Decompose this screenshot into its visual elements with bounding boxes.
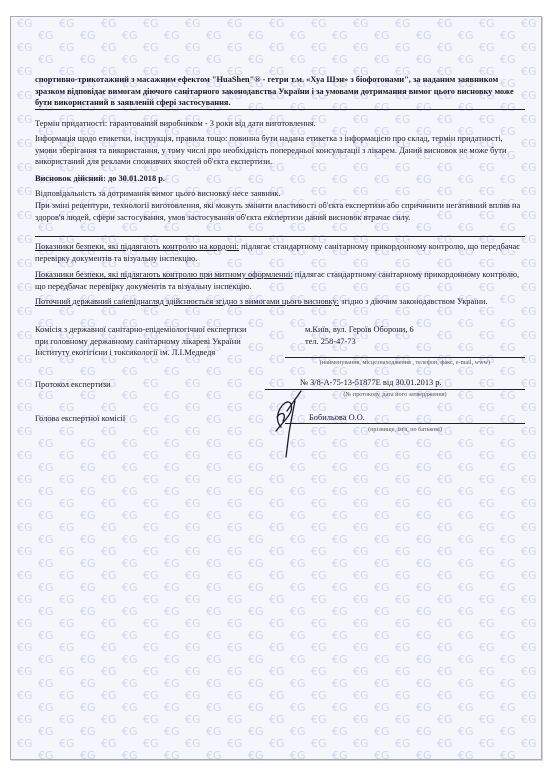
svg-text:€G: €G bbox=[353, 665, 369, 678]
svg-text:€G: €G bbox=[143, 545, 159, 558]
svg-text:€G: €G bbox=[17, 569, 33, 582]
protocol-value: № 3/8-А-75-13-51877Е від 30.01.2013 р. bbox=[300, 377, 525, 389]
svg-text:€G: €G bbox=[38, 509, 54, 522]
commission-name: Комісія з державної санітарно-епідеміоло… bbox=[35, 324, 295, 359]
svg-text:€G: €G bbox=[416, 557, 432, 570]
svg-text:€G: €G bbox=[122, 29, 138, 42]
svg-text:€G: €G bbox=[38, 629, 54, 642]
svg-text:€G: €G bbox=[80, 749, 96, 759]
svg-text:€G: €G bbox=[437, 737, 453, 750]
svg-text:€G: €G bbox=[101, 521, 117, 534]
svg-text:€G: €G bbox=[290, 653, 306, 666]
commission-line-3: Інституту екогігієни і токсикології ім. … bbox=[35, 347, 295, 359]
svg-text:€G: €G bbox=[38, 701, 54, 714]
svg-text:€G: €G bbox=[374, 677, 390, 690]
svg-text:€G: €G bbox=[17, 305, 33, 318]
svg-text:€G: €G bbox=[11, 605, 12, 618]
svg-text:€G: €G bbox=[38, 749, 54, 759]
svg-text:€G: €G bbox=[11, 269, 12, 282]
validity-text: Висновок дійсний: до 30.01.2018 р. bbox=[35, 173, 525, 185]
svg-text:€G: €G bbox=[164, 653, 180, 666]
svg-text:€G: €G bbox=[164, 677, 180, 690]
svg-text:€G: €G bbox=[311, 449, 327, 462]
label-info-text: Інформація щодо етикетки, інструкція, пр… bbox=[35, 133, 525, 168]
svg-text:€G: €G bbox=[17, 377, 33, 390]
svg-text:€G: €G bbox=[164, 557, 180, 570]
chair-underline bbox=[285, 423, 525, 424]
svg-text:€G: €G bbox=[164, 437, 180, 450]
svg-text:€G: €G bbox=[227, 449, 243, 462]
svg-text:€G: €G bbox=[416, 605, 432, 618]
svg-text:€G: €G bbox=[206, 605, 222, 618]
svg-text:€G: €G bbox=[185, 641, 201, 654]
border-control-label: Показники безпеки, які підлягають контро… bbox=[35, 242, 239, 251]
svg-text:€G: €G bbox=[353, 593, 369, 606]
svg-text:€G: €G bbox=[227, 593, 243, 606]
svg-text:€G: €G bbox=[269, 665, 285, 678]
svg-text:€G: €G bbox=[437, 689, 453, 702]
commission-address: м.Київ, вул. Героїв Оборони, 6 bbox=[305, 324, 525, 336]
svg-text:€G: €G bbox=[311, 689, 327, 702]
svg-text:€G: €G bbox=[458, 653, 474, 666]
svg-text:€G: €G bbox=[143, 593, 159, 606]
svg-text:€G: €G bbox=[227, 377, 243, 390]
svg-text:€G: €G bbox=[227, 401, 243, 414]
svg-text:€G: €G bbox=[143, 689, 159, 702]
svg-text:€G: €G bbox=[479, 569, 495, 582]
svg-text:€G: €G bbox=[143, 473, 159, 486]
svg-text:€G: €G bbox=[458, 677, 474, 690]
svg-text:€G: €G bbox=[290, 581, 306, 594]
svg-text:€G: €G bbox=[206, 629, 222, 642]
svg-text:€G: €G bbox=[458, 605, 474, 618]
svg-text:€G: €G bbox=[227, 641, 243, 654]
svg-text:€G: €G bbox=[416, 461, 432, 474]
chair-label: Голова експертної комісії bbox=[35, 413, 125, 425]
svg-text:€G: €G bbox=[17, 353, 33, 366]
svg-text:€G: €G bbox=[206, 533, 222, 546]
svg-text:€G: €G bbox=[80, 389, 96, 402]
svg-text:€G: €G bbox=[521, 521, 537, 534]
svg-text:€G: €G bbox=[143, 641, 159, 654]
svg-text:€G: €G bbox=[11, 557, 12, 570]
svg-text:€G: €G bbox=[227, 545, 243, 558]
svg-text:€G: €G bbox=[206, 701, 222, 714]
svg-text:€G: €G bbox=[521, 449, 537, 462]
svg-text:€G: €G bbox=[164, 29, 180, 42]
svg-text:€G: €G bbox=[101, 449, 117, 462]
svg-text:€G: €G bbox=[11, 53, 12, 66]
svg-text:€G: €G bbox=[290, 29, 306, 42]
svg-text:€G: €G bbox=[59, 449, 75, 462]
svg-text:€G: €G bbox=[101, 569, 117, 582]
svg-text:€G: €G bbox=[416, 509, 432, 522]
svg-text:€G: €G bbox=[416, 53, 432, 66]
svg-text:€G: €G bbox=[248, 437, 264, 450]
svg-text:€G: €G bbox=[458, 629, 474, 642]
svg-text:€G: €G bbox=[206, 29, 222, 42]
svg-text:€G: €G bbox=[290, 605, 306, 618]
svg-text:€G: €G bbox=[11, 581, 12, 594]
svg-text:€G: €G bbox=[374, 53, 390, 66]
svg-text:€G: €G bbox=[101, 473, 117, 486]
svg-text:€G: €G bbox=[521, 737, 537, 750]
svg-text:€G: €G bbox=[311, 713, 327, 726]
svg-text:€G: €G bbox=[353, 713, 369, 726]
svg-text:€G: €G bbox=[80, 29, 96, 42]
svg-text:€G: €G bbox=[122, 533, 138, 546]
divider-2 bbox=[35, 236, 525, 237]
svg-text:€G: €G bbox=[521, 689, 537, 702]
svg-text:€G: €G bbox=[395, 617, 411, 630]
svg-text:€G: €G bbox=[437, 449, 453, 462]
svg-text:€G: €G bbox=[374, 29, 390, 42]
svg-text:€G: €G bbox=[164, 365, 180, 378]
svg-text:€G: €G bbox=[269, 473, 285, 486]
svg-text:€G: €G bbox=[206, 389, 222, 402]
intro-text: спортивно-трикотажний з масажним ефектом… bbox=[35, 74, 525, 109]
svg-text:€G: €G bbox=[479, 497, 495, 510]
svg-text:€G: €G bbox=[311, 473, 327, 486]
svg-text:€G: €G bbox=[122, 437, 138, 450]
svg-text:€G: €G bbox=[59, 425, 75, 438]
svg-text:€G: €G bbox=[500, 653, 516, 666]
svg-text:€G: €G bbox=[227, 41, 243, 54]
svg-text:€G: €G bbox=[122, 509, 138, 522]
svg-text:€G: €G bbox=[143, 521, 159, 534]
svg-text:€G: €G bbox=[311, 41, 327, 54]
svg-text:€G: €G bbox=[290, 701, 306, 714]
svg-text:€G: €G bbox=[38, 365, 54, 378]
svg-text:€G: €G bbox=[500, 533, 516, 546]
svg-text:€G: €G bbox=[17, 497, 33, 510]
svg-text:€G: €G bbox=[458, 485, 474, 498]
svg-text:€G: €G bbox=[11, 389, 12, 402]
svg-text:€G: €G bbox=[185, 521, 201, 534]
svg-text:€G: €G bbox=[479, 617, 495, 630]
svg-text:€G: €G bbox=[437, 545, 453, 558]
svg-text:€G: €G bbox=[521, 593, 537, 606]
svg-text:€G: €G bbox=[416, 677, 432, 690]
svg-text:€G: €G bbox=[101, 713, 117, 726]
svg-text:€G: €G bbox=[11, 197, 12, 210]
svg-text:€G: €G bbox=[500, 53, 516, 66]
customs-control-label: Показники безпеки, які підлягають контро… bbox=[35, 270, 293, 279]
signature bbox=[267, 387, 307, 459]
svg-text:€G: €G bbox=[185, 689, 201, 702]
svg-text:€G: €G bbox=[458, 581, 474, 594]
svg-text:€G: €G bbox=[500, 485, 516, 498]
svg-text:€G: €G bbox=[164, 53, 180, 66]
svg-text:€G: €G bbox=[269, 497, 285, 510]
svg-text:€G: €G bbox=[164, 485, 180, 498]
svg-text:€G: €G bbox=[458, 53, 474, 66]
svg-text:€G: €G bbox=[227, 713, 243, 726]
commission-line-2: при головному державному санітарному лік… bbox=[35, 336, 295, 348]
svg-text:€G: €G bbox=[500, 509, 516, 522]
svg-text:€G: €G bbox=[416, 725, 432, 738]
svg-text:€G: €G bbox=[164, 749, 180, 759]
svg-text:€G: €G bbox=[80, 53, 96, 66]
svg-text:€G: €G bbox=[500, 677, 516, 690]
svg-text:€G: €G bbox=[17, 665, 33, 678]
svg-text:€G: €G bbox=[11, 341, 12, 354]
svg-text:€G: €G bbox=[416, 629, 432, 642]
svg-text:€G: €G bbox=[80, 365, 96, 378]
svg-text:€G: €G bbox=[395, 665, 411, 678]
svg-text:€G: €G bbox=[185, 473, 201, 486]
svg-text:€G: €G bbox=[164, 533, 180, 546]
svg-text:€G: €G bbox=[59, 617, 75, 630]
svg-text:€G: €G bbox=[11, 485, 12, 498]
svg-text:€G: €G bbox=[59, 521, 75, 534]
svg-text:€G: €G bbox=[332, 29, 348, 42]
svg-text:€G: €G bbox=[395, 41, 411, 54]
svg-text:€G: €G bbox=[437, 41, 453, 54]
svg-text:€G: €G bbox=[227, 617, 243, 630]
svg-text:€G: €G bbox=[11, 125, 12, 138]
svg-text:€G: €G bbox=[17, 713, 33, 726]
svg-text:€G: €G bbox=[311, 545, 327, 558]
svg-text:€G: €G bbox=[185, 449, 201, 462]
svg-text:€G: €G bbox=[206, 557, 222, 570]
svg-text:€G: €G bbox=[437, 17, 453, 30]
svg-text:€G: €G bbox=[290, 461, 306, 474]
svg-text:€G: €G bbox=[17, 545, 33, 558]
commission-underline bbox=[285, 357, 525, 358]
svg-text:€G: €G bbox=[80, 485, 96, 498]
svg-text:€G: €G bbox=[122, 653, 138, 666]
svg-text:€G: €G bbox=[185, 737, 201, 750]
svg-text:€G: €G bbox=[17, 137, 33, 150]
svg-text:€G: €G bbox=[332, 53, 348, 66]
svg-text:€G: €G bbox=[521, 41, 537, 54]
svg-text:€G: €G bbox=[458, 701, 474, 714]
svg-text:€G: €G bbox=[17, 401, 33, 414]
svg-text:€G: €G bbox=[122, 725, 138, 738]
svg-text:€G: €G bbox=[332, 437, 348, 450]
svg-text:€G: €G bbox=[185, 545, 201, 558]
svg-text:€G: €G bbox=[206, 653, 222, 666]
svg-text:€G: €G bbox=[11, 413, 12, 426]
svg-text:€G: €G bbox=[101, 41, 117, 54]
svg-text:€G: €G bbox=[80, 533, 96, 546]
svg-text:€G: €G bbox=[416, 653, 432, 666]
svg-text:€G: €G bbox=[143, 497, 159, 510]
svg-text:€G: €G bbox=[521, 401, 537, 414]
svg-text:€G: €G bbox=[17, 41, 33, 54]
svg-text:€G: €G bbox=[248, 701, 264, 714]
svg-text:€G: €G bbox=[101, 689, 117, 702]
svg-text:€G: €G bbox=[269, 593, 285, 606]
svg-text:€G: €G bbox=[80, 725, 96, 738]
svg-text:€G: €G bbox=[437, 665, 453, 678]
svg-text:€G: €G bbox=[479, 665, 495, 678]
svg-text:€G: €G bbox=[374, 605, 390, 618]
svg-text:€G: €G bbox=[38, 677, 54, 690]
svg-text:€G: €G bbox=[59, 593, 75, 606]
chair-caption: (прізвище, ім'я, по батькові) bbox=[285, 426, 525, 434]
svg-text:€G: €G bbox=[332, 461, 348, 474]
svg-text:€G: €G bbox=[248, 677, 264, 690]
svg-text:€G: €G bbox=[311, 737, 327, 750]
chair-name: Бобильова О.О. bbox=[309, 412, 365, 424]
svg-text:€G: €G bbox=[17, 521, 33, 534]
svg-text:€G: €G bbox=[80, 605, 96, 618]
svg-text:€G: €G bbox=[17, 233, 33, 246]
svg-text:€G: €G bbox=[11, 317, 12, 330]
svg-text:€G: €G bbox=[269, 689, 285, 702]
svg-text:€G: €G bbox=[521, 545, 537, 558]
svg-text:€G: €G bbox=[248, 53, 264, 66]
svg-text:€G: €G bbox=[248, 509, 264, 522]
svg-text:€G: €G bbox=[17, 641, 33, 654]
supervision-text: згідно з діючим законодавством України. bbox=[339, 297, 488, 306]
svg-text:€G: €G bbox=[122, 389, 138, 402]
svg-text:€G: €G bbox=[353, 641, 369, 654]
svg-text:€G: €G bbox=[11, 245, 12, 258]
protocol-label: Протокол експертизи bbox=[35, 379, 111, 391]
svg-text:€G: €G bbox=[206, 485, 222, 498]
svg-text:€G: €G bbox=[311, 665, 327, 678]
svg-text:€G: €G bbox=[11, 533, 12, 546]
svg-text:€G: €G bbox=[227, 569, 243, 582]
svg-text:€G: €G bbox=[395, 17, 411, 30]
svg-text:€G: €G bbox=[122, 557, 138, 570]
svg-text:€G: €G bbox=[395, 473, 411, 486]
svg-text:€G: €G bbox=[143, 569, 159, 582]
svg-text:€G: €G bbox=[17, 425, 33, 438]
svg-text:€G: €G bbox=[122, 581, 138, 594]
svg-text:€G: €G bbox=[437, 593, 453, 606]
svg-text:€G: €G bbox=[38, 725, 54, 738]
svg-text:€G: €G bbox=[521, 713, 537, 726]
svg-text:€G: €G bbox=[500, 413, 516, 426]
svg-text:€G: €G bbox=[143, 425, 159, 438]
svg-text:€G: €G bbox=[11, 701, 12, 714]
svg-text:€G: €G bbox=[164, 605, 180, 618]
svg-text:€G: €G bbox=[206, 725, 222, 738]
svg-text:€G: €G bbox=[269, 545, 285, 558]
svg-text:€G: €G bbox=[59, 737, 75, 750]
svg-text:€G: €G bbox=[332, 749, 348, 759]
svg-text:€G: €G bbox=[248, 533, 264, 546]
svg-text:€G: €G bbox=[479, 521, 495, 534]
svg-text:€G: €G bbox=[206, 437, 222, 450]
svg-text:€G: €G bbox=[332, 557, 348, 570]
svg-text:€G: €G bbox=[374, 437, 390, 450]
svg-text:€G: €G bbox=[80, 437, 96, 450]
svg-text:€G: €G bbox=[479, 41, 495, 54]
svg-text:€G: €G bbox=[227, 521, 243, 534]
svg-text:€G: €G bbox=[185, 713, 201, 726]
svg-text:€G: €G bbox=[206, 677, 222, 690]
svg-text:€G: €G bbox=[101, 497, 117, 510]
svg-text:€G: €G bbox=[479, 401, 495, 414]
svg-text:€G: €G bbox=[248, 29, 264, 42]
svg-text:€G: €G bbox=[395, 449, 411, 462]
svg-text:€G: €G bbox=[290, 725, 306, 738]
svg-text:€G: €G bbox=[437, 641, 453, 654]
svg-text:€G: €G bbox=[80, 701, 96, 714]
svg-text:€G: €G bbox=[122, 365, 138, 378]
svg-text:€G: €G bbox=[437, 473, 453, 486]
svg-text:€G: €G bbox=[395, 569, 411, 582]
svg-text:€G: €G bbox=[458, 413, 474, 426]
svg-text:€G: €G bbox=[437, 569, 453, 582]
svg-text:€G: €G bbox=[395, 689, 411, 702]
svg-text:€G: €G bbox=[353, 689, 369, 702]
svg-text:€G: €G bbox=[479, 737, 495, 750]
svg-text:€G: €G bbox=[227, 689, 243, 702]
svg-text:€G: €G bbox=[416, 749, 432, 759]
svg-text:€G: €G bbox=[17, 257, 33, 270]
svg-text:€G: €G bbox=[332, 677, 348, 690]
svg-text:€G: €G bbox=[80, 629, 96, 642]
svg-text:€G: €G bbox=[479, 593, 495, 606]
svg-text:€G: €G bbox=[17, 689, 33, 702]
svg-text:€G: €G bbox=[206, 365, 222, 378]
svg-text:€G: €G bbox=[416, 533, 432, 546]
svg-text:€G: €G bbox=[248, 413, 264, 426]
svg-text:€G: €G bbox=[248, 749, 264, 759]
svg-text:€G: €G bbox=[17, 17, 33, 30]
svg-text:€G: €G bbox=[17, 593, 33, 606]
svg-text:€G: €G bbox=[59, 473, 75, 486]
customs-control: Показники безпеки, які підлягають контро… bbox=[35, 269, 525, 292]
svg-text:€G: €G bbox=[122, 701, 138, 714]
svg-text:€G: €G bbox=[353, 17, 369, 30]
validity: Висновок дійсний: до 30.01.2018 р. bbox=[35, 173, 525, 185]
commission-line-1: Комісія з державної санітарно-епідеміоло… bbox=[35, 324, 295, 336]
svg-text:€G: €G bbox=[11, 509, 12, 522]
svg-text:€G: €G bbox=[17, 737, 33, 750]
svg-text:€G: €G bbox=[416, 485, 432, 498]
svg-text:€G: €G bbox=[311, 521, 327, 534]
svg-text:€G: €G bbox=[290, 557, 306, 570]
svg-text:€G: €G bbox=[59, 545, 75, 558]
svg-text:€G: €G bbox=[500, 701, 516, 714]
svg-text:€G: €G bbox=[395, 641, 411, 654]
svg-text:€G: €G bbox=[500, 605, 516, 618]
svg-text:€G: €G bbox=[185, 497, 201, 510]
svg-text:€G: €G bbox=[353, 617, 369, 630]
svg-text:€G: €G bbox=[80, 557, 96, 570]
svg-text:€G: €G bbox=[17, 449, 33, 462]
svg-text:€G: €G bbox=[500, 581, 516, 594]
svg-text:€G: €G bbox=[269, 17, 285, 30]
svg-text:€G: €G bbox=[374, 725, 390, 738]
svg-text:€G: €G bbox=[290, 677, 306, 690]
svg-text:€G: €G bbox=[59, 689, 75, 702]
svg-text:€G: €G bbox=[437, 521, 453, 534]
svg-text:€G: €G bbox=[80, 461, 96, 474]
svg-text:€G: €G bbox=[437, 713, 453, 726]
svg-text:€G: €G bbox=[227, 737, 243, 750]
svg-text:€G: €G bbox=[311, 617, 327, 630]
svg-text:€G: €G bbox=[290, 749, 306, 759]
svg-text:€G: €G bbox=[38, 53, 54, 66]
svg-text:€G: €G bbox=[458, 509, 474, 522]
commission-contacts: м.Київ, вул. Героїв Оборони, 6 тел. 258-… bbox=[305, 324, 525, 347]
svg-text:€G: €G bbox=[206, 461, 222, 474]
svg-text:€G: €G bbox=[185, 617, 201, 630]
svg-text:€G: €G bbox=[479, 473, 495, 486]
svg-text:€G: €G bbox=[11, 101, 12, 114]
svg-text:€G: €G bbox=[458, 29, 474, 42]
svg-text:€G: €G bbox=[185, 17, 201, 30]
responsibility: Відповідальність за дотримання вимог цьо… bbox=[35, 188, 525, 200]
